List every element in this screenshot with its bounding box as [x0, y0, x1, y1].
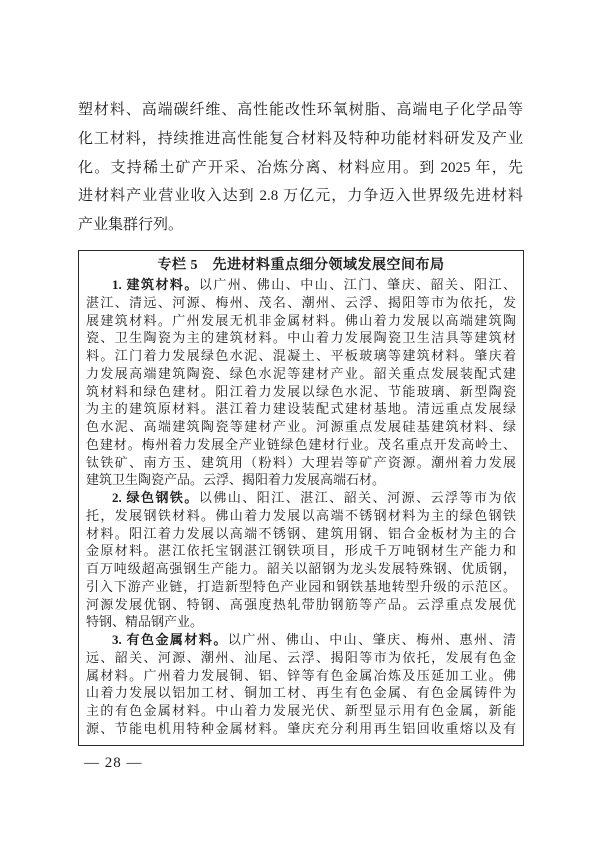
text-line: 河源发展优钢、特钢、高强度热轧带肋钢筋等产品。云浮重点发展优	[86, 596, 516, 614]
text-line: 湛江、清远、河源、梅州、茂名、潮州、云浮、揭阳等市为依托，发	[86, 294, 516, 312]
text-line: 瓷、卫生陶瓷为主的建筑材料。中山着力发展陶瓷卫生洁具等建筑材	[86, 329, 516, 347]
text-line: 钛铁矿、南方玉、建筑用（粉料）大理岩等矿产资源。潮州着力发展	[86, 454, 516, 472]
text-line: 山着力发展以铝加工材、铜加工材、再生有色金属、有色金属铸件为	[86, 684, 516, 702]
text-line: 建筑卫生陶瓷产品。云浮、揭阳着力发展高端石材。	[86, 471, 516, 489]
text-line: 展建筑材料。广州发展无机非金属材料。佛山着力发展以高端建筑陶	[86, 312, 516, 330]
text-line: 1. 建筑材料。以广州、佛山、中山、江门、肇庆、韶关、阳江、	[86, 276, 516, 294]
text-line: 力发展高端建筑陶瓷、绿色水泥等建材产业。韶关重点发展装配式建	[86, 365, 516, 383]
text-line: 塑材料、高端碳纤维、高性能改性环氧树脂、高端电子化学品等	[78, 96, 523, 125]
text-line: 色水泥、高端建筑陶瓷等建材产业。河源重点发展硅基建筑材料、绿	[86, 418, 516, 436]
section-lead: 1. 建筑材料。	[112, 277, 199, 292]
section-lead: 2. 绿色钢铁。	[112, 490, 199, 505]
text-line: 源、节能电机用特种金属材料。肇庆充分利用再生铝回收重熔以及有	[86, 720, 516, 738]
document-page: 塑材料、高端碳纤维、高性能改性环氧树脂、高端电子化学品等化工材料，持续推进高性能…	[0, 0, 600, 848]
text-line: 化工材料，持续推进高性能复合材料及特种功能材料研发及产业	[78, 125, 523, 154]
box-body: 1. 建筑材料。以广州、佛山、中山、江门、肇庆、韶关、阳江、湛江、清远、河源、梅…	[86, 276, 516, 738]
text-line: 特钢、精品钢产业。	[86, 613, 516, 631]
text-line: 材料。阳江着力发展以高端不锈钢、建筑用钢、铝合金板材为主的合	[86, 525, 516, 543]
text-line: 色建材。梅州着力发展全产业链绿色建材行业。茂名重点开发高岭土、	[86, 436, 516, 454]
text-line: 化。支持稀土矿产开采、冶炼分离、材料应用。到 2025 年，先	[78, 154, 523, 183]
text-line: 进材料产业营业收入达到 2.8 万亿元，力争迈入世界级先进材料	[78, 182, 523, 211]
text-line: 3. 有色金属材料。以广州、佛山、中山、肇庆、梅州、惠州、清	[86, 631, 516, 649]
text-line: 产业集群行列。	[78, 211, 523, 240]
text-line: 料。江门着力发展绿色水泥、混凝土、平板玻璃等建筑材料。肇庆着	[86, 347, 516, 365]
text-line: 托，发展钢铁材料。佛山着力发展以高端不锈钢材料为主的绿色钢铁	[86, 507, 516, 525]
text-line: 百万吨级超高强钢生产能力。韶关以韶钢为龙头发展特殊钢、优质钢，	[86, 560, 516, 578]
text-line: 远、韶关、河源、潮州、汕尾、云浮、揭阳等市为依托，发展有色金	[86, 649, 516, 667]
column-box: 专栏 5 先进材料重点细分领域发展空间布局 1. 建筑材料。以广州、佛山、中山、…	[78, 250, 524, 746]
text-line: 属材料。广州着力发展铜、铝、锌等有色金属冶炼及压延加工业。佛	[86, 667, 516, 685]
intro-paragraph: 塑材料、高端碳纤维、高性能改性环氧树脂、高端电子化学品等化工材料，持续推进高性能…	[78, 96, 523, 240]
box-title: 专栏 5 先进材料重点细分领域发展空间布局	[86, 255, 516, 276]
text-line: 主的有色金属材料。中山着力发展光伏、新型显示用有色金属，新能	[86, 702, 516, 720]
text-line: 金原材料。湛江依托宝钢湛江钢铁项目，形成千万吨钢材生产能力和	[86, 542, 516, 560]
page-number: — 28 —	[84, 755, 143, 772]
text-line: 2. 绿色钢铁。以佛山、阳江、湛江、韶关、河源、云浮等市为依	[86, 489, 516, 507]
text-line: 为主的建筑原材料。湛江着力建设装配式建材基地。清远重点发展绿	[86, 400, 516, 418]
section-lead: 3. 有色金属材料。	[112, 632, 228, 647]
text-line: 筑材料和绿色建材。阳江着力发展以绿色水泥、节能玻璃、新型陶瓷	[86, 383, 516, 401]
text-line: 引入下游产业链，打造新型特色产业园和钢铁基地转型升级的示范区。	[86, 578, 516, 596]
